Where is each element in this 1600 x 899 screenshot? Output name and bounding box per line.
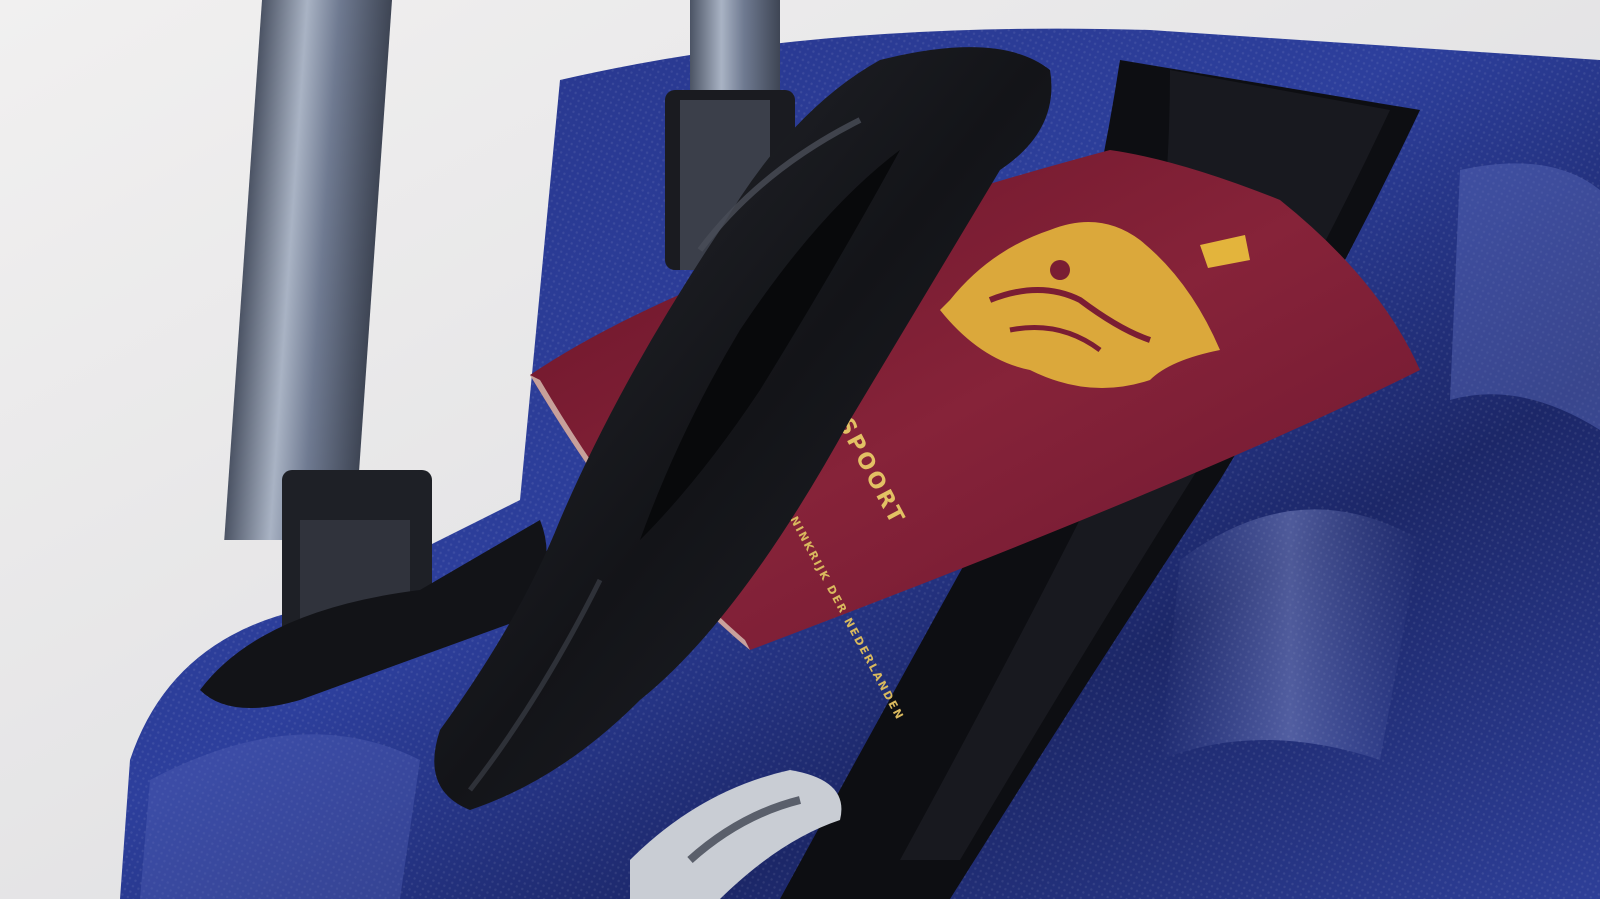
photo-canvas: PASPOORT KONINKRIJK DER NEDERLANDEN (0, 0, 1600, 899)
photo-scene: PASPOORT KONINKRIJK DER NEDERLANDEN (0, 0, 1600, 899)
